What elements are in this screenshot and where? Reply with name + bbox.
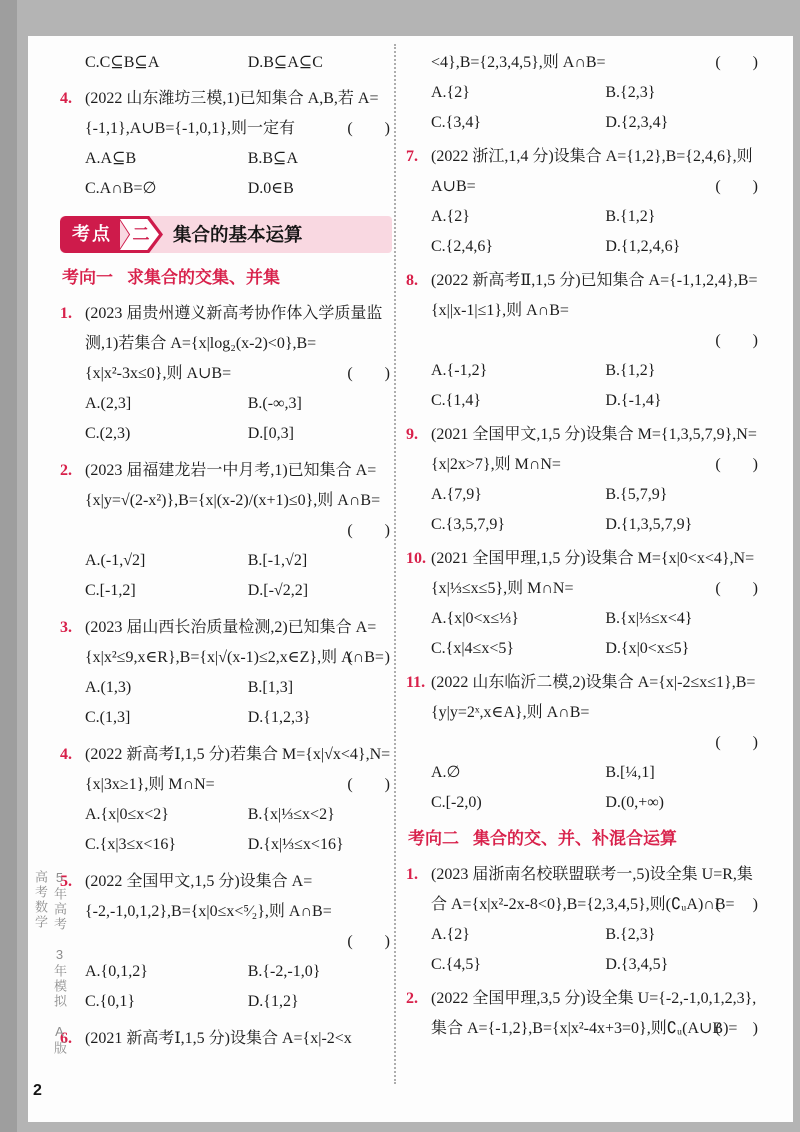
- option-a: A.{x|0<x≤⅓}: [431, 604, 605, 634]
- statement-text: (2022 全国甲理,3,5 分)设全集 U={-2,-1,0,1,2,3},集…: [431, 990, 756, 1037]
- subsection-label: 考向一: [62, 268, 113, 287]
- statement-text: (2023 届山西长治质量检测,2)已知集合 A={x|x²≤9,x∈R},B=…: [85, 619, 384, 666]
- statement-text: (2023 届浙南名校联盟联考一,5)设全集 U=R,集合 A={x|x²-2x…: [431, 866, 753, 913]
- statement-text: (2021 全国甲文,1,5 分)设集合 M={1,3,5,7,9},N={x|…: [431, 426, 757, 473]
- options-row: C.{4,5} D.{3,4,5}: [431, 950, 760, 980]
- problem-4-topic1: 4. (2022 山东潍坊三模,1)已知集合 A,B,若 A={-1,1},A∪…: [62, 84, 392, 204]
- option-b: B.{2,3}: [605, 920, 760, 950]
- options-row: A.{2} B.{2,3}: [431, 920, 760, 950]
- problem-2: 2. (2023 届福建龙岩一中月考,1)已知集合 A={x|y=√(2-x²)…: [62, 456, 392, 606]
- option-b: B.[¼,1]: [605, 758, 760, 788]
- problem-number: 11.: [406, 668, 425, 698]
- left-column: C.C⊆B⊆A D.B⊆A⊆C 4. (2022 山东潍坊三模,1)已知集合 A…: [62, 48, 392, 1061]
- option-c: C.[-2,0): [431, 788, 605, 818]
- options-row: C.A∩B=∅ D.0∈B: [85, 174, 392, 204]
- options-row: C.{0,1} D.{1,2}: [85, 987, 392, 1017]
- option-a: A.∅: [431, 758, 605, 788]
- option-b: B.{5,7,9}: [605, 480, 760, 510]
- statement-text: (2021 全国甲理,1,5 分)设集合 M={x|0<x<4},N={x|⅓≤…: [431, 550, 754, 597]
- problem-3: 3. (2023 届山西长治质量检测,2)已知集合 A={x|x²≤9,x∈R}…: [62, 613, 392, 733]
- option-a: A.(2,3]: [85, 389, 248, 419]
- statement-text: (2022 全国甲文,1,5 分)设集合 A={-2,-1,0,1,2},B={…: [85, 873, 332, 920]
- option-d: D.{-1,4}: [605, 386, 760, 416]
- problem-statement: (2021 全国甲理,1,5 分)设集合 M={x|0<x<4},N={x|⅓≤…: [431, 544, 760, 604]
- subsection-title: 集合的交、并、补混合运算: [473, 829, 677, 848]
- option-b: B.[-1,√2]: [248, 546, 392, 576]
- problem-statement: (2022 山东临沂二模,2)设集合 A={x|-2≤x≤1},B={y|y=2…: [431, 668, 760, 728]
- answer-bracket: ( ): [715, 574, 758, 604]
- options-row: C.[-2,0) D.(0,+∞): [431, 788, 760, 818]
- option-b: B.{x|⅓≤x<2}: [248, 800, 392, 830]
- option-c: C.{1,4}: [431, 386, 605, 416]
- section-number: 二: [133, 220, 150, 250]
- answer-bracket: ( ): [715, 450, 758, 480]
- options-row: A.∅ B.[¼,1]: [431, 758, 760, 788]
- options-row: A.(2,3] B.(-∞,3]: [85, 389, 392, 419]
- problem-7: 7. (2022 浙江,1,4 分)设集合 A={1,2},B={2,4,6},…: [408, 142, 760, 262]
- section-badge: 考点: [60, 216, 120, 253]
- option-b: B.{1,2}: [605, 202, 760, 232]
- subsection-title: 求集合的交集、并集: [127, 268, 280, 287]
- book-spine-text: 5年高考 3年模拟 A版 高考数学: [31, 870, 69, 1080]
- options-row: C.{1,4} D.{-1,4}: [431, 386, 760, 416]
- option-b: B.(-∞,3]: [248, 389, 392, 419]
- options-row: C.(1,3] D.{1,2,3}: [85, 703, 392, 733]
- problem-statement: (2022 新高考Ⅱ,1,5 分)已知集合 A={-1,1,2,4},B={x|…: [431, 266, 760, 326]
- option-a: A.A⊆B: [85, 144, 248, 174]
- option-c: C.C⊆B⊆A: [85, 48, 248, 78]
- problem-number: 2.: [60, 456, 72, 486]
- problem-number: 7.: [406, 142, 418, 172]
- option-d: D.{x|⅓≤x<16}: [248, 830, 392, 860]
- option-a: A.{2}: [431, 78, 605, 108]
- answer-bracket: ( ): [715, 48, 758, 78]
- options-row: A.{2} B.{2,3}: [431, 78, 760, 108]
- option-a: A.{2}: [431, 202, 605, 232]
- option-d: D.{1,2,3}: [248, 703, 392, 733]
- answer-bracket: ( ): [715, 890, 758, 920]
- option-d: D.{1,3,5,7,9}: [605, 510, 760, 540]
- options-row: C.[-1,2] D.[-√2,2]: [85, 576, 392, 606]
- column-divider: [394, 44, 396, 1084]
- option-b: B.{2,3}: [605, 78, 760, 108]
- option-d: D.{x|0<x≤5}: [605, 634, 760, 664]
- option-a: A.{0,1,2}: [85, 957, 248, 987]
- option-d: D.(0,+∞): [605, 788, 760, 818]
- options-row: A.A⊆B B.B⊆A: [85, 144, 392, 174]
- option-c: C.{3,5,7,9}: [431, 510, 605, 540]
- statement-text: (2022 山东潍坊三模,1)已知集合 A,B,若 A={-1,1},A∪B={…: [85, 90, 378, 137]
- option-a: A.(-1,√2]: [85, 546, 248, 576]
- problem-statement: (2022 新高考Ⅰ,1,5 分)若集合 M={x|√x<4},N={x|3x≥…: [85, 740, 392, 800]
- options-row: C.{x|3≤x<16} D.{x|⅓≤x<16}: [85, 830, 392, 860]
- option-b: B.{x|⅓≤x<4}: [605, 604, 760, 634]
- option-d: D.{2,3,4}: [605, 108, 760, 138]
- option-c: C.{x|4≤x<5}: [431, 634, 605, 664]
- option-a: A.{7,9}: [431, 480, 605, 510]
- problem-number: 9.: [406, 420, 418, 450]
- statement-text: (2023 届贵州遵义新高考协作体入学质量监测,1)若集合 A={x|log₂(…: [85, 305, 382, 382]
- answer-bracket: ( ): [85, 927, 392, 957]
- statement-text: (2022 新高考Ⅱ,1,5 分)已知集合 A={-1,1,2,4},B={x|…: [431, 272, 758, 319]
- statement-text: (2022 山东临沂二模,2)设集合 A={x|-2≤x≤1},B={y|y=2…: [431, 674, 755, 721]
- option-a: A.(1,3): [85, 673, 248, 703]
- mixed-problem-1: 1. (2023 届浙南名校联盟联考一,5)设全集 U=R,集合 A={x|x²…: [408, 860, 760, 980]
- option-c: C.{x|3≤x<16}: [85, 830, 248, 860]
- problem-statement: (2022 浙江,1,4 分)设集合 A={1,2},B={2,4,6},则 A…: [431, 142, 760, 202]
- problem-number: 2.: [406, 984, 418, 1014]
- option-a: A.{-1,2}: [431, 356, 605, 386]
- mixed-problem-2: 2. (2022 全国甲理,3,5 分)设全集 U={-2,-1,0,1,2,3…: [408, 984, 760, 1044]
- option-c: C.(2,3): [85, 419, 248, 449]
- problem-9: 9. (2021 全国甲文,1,5 分)设集合 M={1,3,5,7,9},N=…: [408, 420, 760, 540]
- problem-5: 5. (2022 全国甲文,1,5 分)设集合 A={-2,-1,0,1,2},…: [62, 867, 392, 1017]
- problem-statement: (2023 届贵州遵义新高考协作体入学质量监测,1)若集合 A={x|log₂(…: [85, 299, 392, 389]
- section-number-badge: 二: [117, 216, 163, 253]
- options-row: C.{x|4≤x<5} D.{x|0<x≤5}: [431, 634, 760, 664]
- options-row: A.(-1,√2] B.[-1,√2]: [85, 546, 392, 576]
- page-number: 2: [33, 1082, 42, 1100]
- option-a: A.{x|0≤x<2}: [85, 800, 248, 830]
- option-a: A.{2}: [431, 920, 605, 950]
- subsection-heading: 考向一求集合的交集、并集: [62, 263, 392, 293]
- problem-statement: (2023 届浙南名校联盟联考一,5)设全集 U=R,集合 A={x|x²-2x…: [431, 860, 760, 920]
- problem-11: 11. (2022 山东临沂二模,2)设集合 A={x|-2≤x≤1},B={y…: [408, 668, 760, 818]
- options-row: A.{2} B.{1,2}: [431, 202, 760, 232]
- problem-statement: (2022 山东潍坊三模,1)已知集合 A,B,若 A={-1,1},A∪B={…: [85, 84, 392, 144]
- answer-bracket: ( ): [347, 359, 390, 389]
- book-page: C.C⊆B⊆A D.B⊆A⊆C 4. (2022 山东潍坊三模,1)已知集合 A…: [28, 36, 793, 1122]
- subsection-label: 考向二: [408, 829, 459, 848]
- problem-statement: (2023 届福建龙岩一中月考,1)已知集合 A={x|y=√(2-x²)},B…: [85, 456, 392, 516]
- answer-bracket: ( ): [85, 516, 392, 546]
- answer-bracket: ( ): [431, 326, 760, 356]
- problem-10: 10. (2021 全国甲理,1,5 分)设集合 M={x|0<x<4},N={…: [408, 544, 760, 664]
- problem-statement: (2022 全国甲理,3,5 分)设全集 U={-2,-1,0,1,2,3},集…: [431, 984, 760, 1044]
- problem-6-continued: <4},B={2,3,4,5},则 A∩B= ( ) A.{2} B.{2,3}…: [408, 48, 760, 138]
- statement-text: <4},B={2,3,4,5},则 A∩B=: [431, 54, 606, 71]
- problem-4: 4. (2022 新高考Ⅰ,1,5 分)若集合 M={x|√x<4},N={x|…: [62, 740, 392, 860]
- problem-number: 1.: [60, 299, 72, 329]
- option-d: D.B⊆A⊆C: [248, 48, 392, 78]
- problem-statement: (2021 新高考Ⅰ,1,5 分)设集合 A={x|-2<x: [85, 1024, 392, 1054]
- option-b: B.{-2,-1,0}: [248, 957, 392, 987]
- options-row: C.{2,4,6} D.{1,2,4,6}: [431, 232, 760, 262]
- problem-number: 4.: [60, 740, 72, 770]
- answer-bracket: ( ): [715, 1014, 758, 1044]
- option-c: C.(1,3]: [85, 703, 248, 733]
- option-b: B.{1,2}: [605, 356, 760, 386]
- subsection-heading: 考向二集合的交、并、补混合运算: [408, 824, 760, 854]
- option-c: C.{2,4,6}: [431, 232, 605, 262]
- option-c: C.{0,1}: [85, 987, 248, 1017]
- problem-number: 1.: [406, 860, 418, 890]
- statement-text: (2022 新高考Ⅰ,1,5 分)若集合 M={x|√x<4},N={x|3x≥…: [85, 746, 390, 793]
- options-row: A.{x|0≤x<2} B.{x|⅓≤x<2}: [85, 800, 392, 830]
- statement-text: (2023 届福建龙岩一中月考,1)已知集合 A={x|y=√(2-x²)},B…: [85, 462, 380, 509]
- problem-number: 3.: [60, 613, 72, 643]
- options-row: A.(1,3) B.[1,3]: [85, 673, 392, 703]
- options-row: C.(2,3) D.[0,3]: [85, 419, 392, 449]
- problem-number: 10.: [406, 544, 426, 574]
- problem-number: 4.: [60, 84, 72, 114]
- right-column: <4},B={2,3,4,5},则 A∩B= ( ) A.{2} B.{2,3}…: [408, 48, 760, 1048]
- answer-bracket: ( ): [347, 114, 390, 144]
- problem-1: 1. (2023 届贵州遵义新高考协作体入学质量监测,1)若集合 A={x|lo…: [62, 299, 392, 449]
- option-c: C.[-1,2]: [85, 576, 248, 606]
- option-d: D.0∈B: [248, 174, 392, 204]
- answer-bracket: ( ): [347, 643, 390, 673]
- options-row: C.C⊆B⊆A D.B⊆A⊆C: [62, 48, 392, 78]
- problem-statement: (2023 届山西长治质量检测,2)已知集合 A={x|x²≤9,x∈R},B=…: [85, 613, 392, 673]
- scan-edge: [0, 0, 17, 1132]
- option-d: D.{3,4,5}: [605, 950, 760, 980]
- option-c: C.{4,5}: [431, 950, 605, 980]
- option-b: B.[1,3]: [248, 673, 392, 703]
- problem-statement: (2022 全国甲文,1,5 分)设集合 A={-2,-1,0,1,2},B={…: [85, 867, 392, 927]
- problem-statement: <4},B={2,3,4,5},则 A∩B= ( ): [431, 48, 760, 78]
- problem-statement: (2021 全国甲文,1,5 分)设集合 M={1,3,5,7,9},N={x|…: [431, 420, 760, 480]
- option-b: B.B⊆A: [248, 144, 392, 174]
- option-c: C.A∩B=∅: [85, 174, 248, 204]
- problem-8: 8. (2022 新高考Ⅱ,1,5 分)已知集合 A={-1,1,2,4},B=…: [408, 266, 760, 416]
- option-c: C.{3,4}: [431, 108, 605, 138]
- section-title: 集合的基本运算: [173, 220, 303, 250]
- statement-text: (2021 新高考Ⅰ,1,5 分)设集合 A={x|-2<x: [85, 1030, 352, 1047]
- section-header: 考点 二 集合的基本运算: [60, 216, 392, 253]
- statement-text: (2022 浙江,1,4 分)设集合 A={1,2},B={2,4,6},则 A…: [431, 148, 753, 195]
- problem-number: 8.: [406, 266, 418, 296]
- option-d: D.{1,2}: [248, 987, 392, 1017]
- options-row: A.{7,9} B.{5,7,9}: [431, 480, 760, 510]
- options-row: A.{0,1,2} B.{-2,-1,0}: [85, 957, 392, 987]
- option-d: D.[0,3]: [248, 419, 392, 449]
- problem-6: 6. (2021 新高考Ⅰ,1,5 分)设集合 A={x|-2<x: [62, 1024, 392, 1054]
- option-d: D.{1,2,4,6}: [605, 232, 760, 262]
- options-row: C.{3,4} D.{2,3,4}: [431, 108, 760, 138]
- option-d: D.[-√2,2]: [248, 576, 392, 606]
- answer-bracket: ( ): [431, 728, 760, 758]
- answer-bracket: ( ): [715, 172, 758, 202]
- options-row: A.{x|0<x≤⅓} B.{x|⅓≤x<4}: [431, 604, 760, 634]
- answer-bracket: ( ): [347, 770, 390, 800]
- options-row: C.{3,5,7,9} D.{1,3,5,7,9}: [431, 510, 760, 540]
- options-row: A.{-1,2} B.{1,2}: [431, 356, 760, 386]
